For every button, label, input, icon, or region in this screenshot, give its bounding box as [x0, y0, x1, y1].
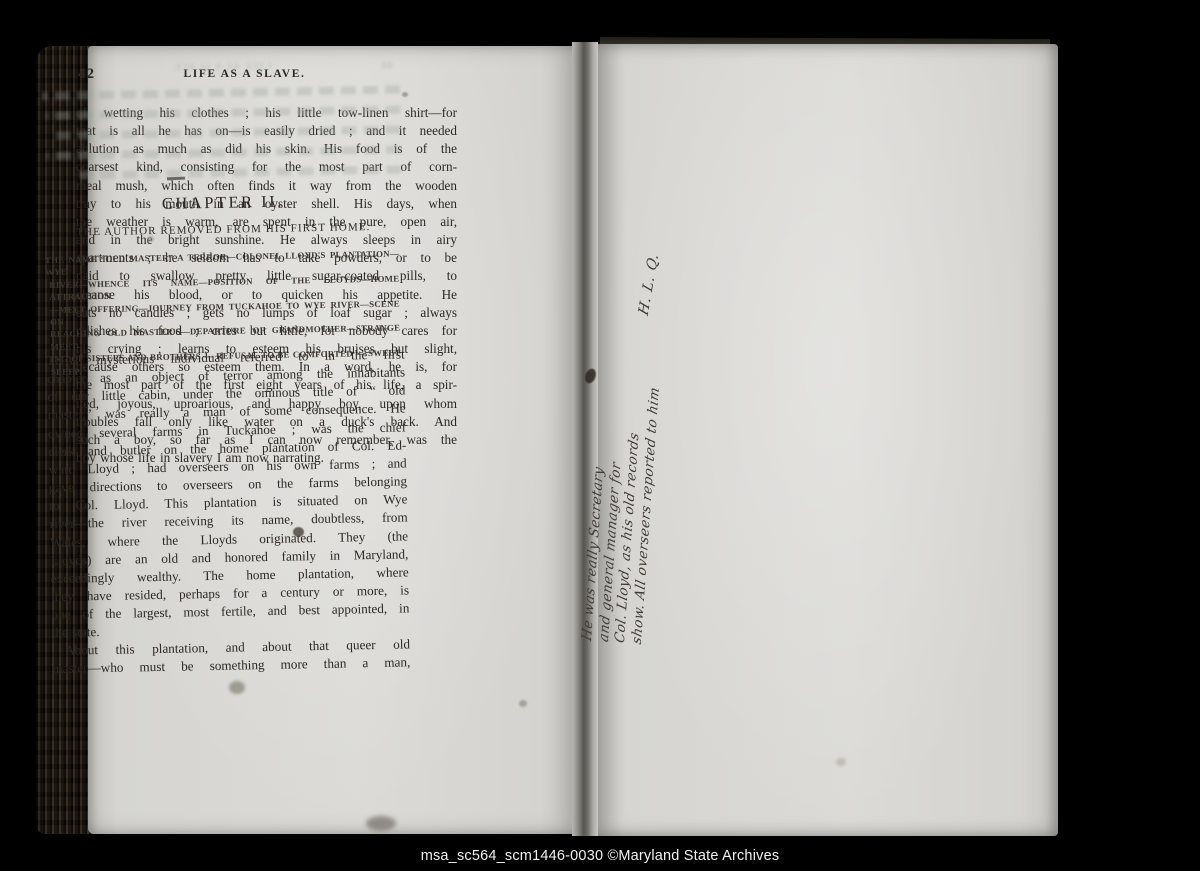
ghost-running-header: LIFE AS A SLAVE. — [41, 59, 399, 76]
ghost-text-line — [57, 125, 401, 139]
right-page-paragraph-1: THAT mysterious individual referred to i… — [47, 345, 410, 642]
archive-caption: msa_sc564_scm1446-0030 ©Maryland State A… — [421, 848, 780, 864]
right-page-paragraph-2: About this plantation, and about that qu… — [52, 635, 411, 678]
right-page — [596, 44, 1058, 836]
right-page-content: 44 LIFE AS A SLAVE. CHAPTER II. THE AUTH… — [40, 0, 412, 792]
ghost-page-header: 44 LIFE AS A SLAVE. — [41, 57, 399, 80]
paper-stain — [519, 700, 527, 707]
book-fore-edge — [1050, 28, 1168, 846]
chapter-subtitle: THE AUTHOR REMOVED FROM HIS FIRST HOME. — [44, 220, 402, 239]
paper-stain — [293, 527, 304, 537]
paper-stain — [229, 681, 245, 694]
bleedthrough-ghost: 44 LIFE AS A SLAVE. — [41, 57, 401, 180]
book-scan-photo: 42 LIFE AS A SLAVE. of wetting his cloth… — [0, 0, 1200, 871]
paper-stain — [147, 236, 154, 242]
archive-caption-bar: msa_sc564_scm1446-0030 ©Maryland State A… — [0, 842, 1200, 871]
paper-stain — [366, 816, 396, 831]
paper-stain — [836, 758, 846, 766]
ghost-text-line — [46, 105, 400, 119]
ghost-text-line — [47, 145, 401, 159]
ghost-text-line — [42, 85, 400, 100]
paper-stain — [402, 92, 408, 97]
ghost-text-line — [79, 165, 401, 179]
chapter-heading: CHAPTER II. — [44, 189, 402, 216]
